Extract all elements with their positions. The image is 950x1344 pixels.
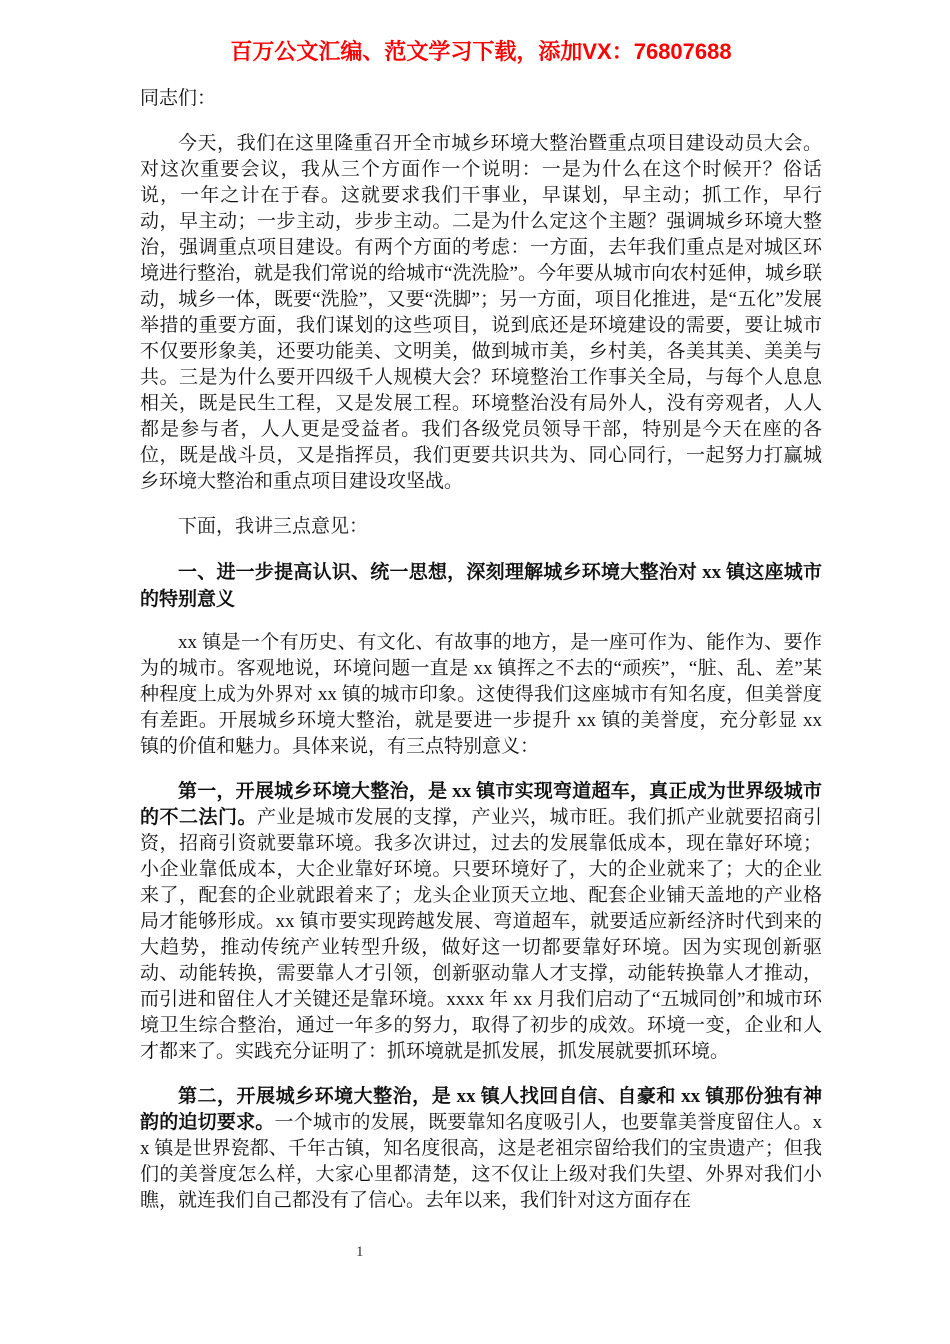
promo-header-text: 百万公文汇编、范文学习下载，添加VX：76807688 bbox=[140, 38, 822, 66]
document-page: 百万公文汇编、范文学习下载，添加VX：76807688 同志们： 今天，我们在这… bbox=[0, 0, 950, 1344]
point-2-paragraph: 第二，开展城乡环境大整治，是 xx 镇人找回自信、自豪和 xx 镇那份独有神韵的… bbox=[140, 1084, 822, 1214]
section-1-heading: 一、进一步提高认识、统一思想，深刻理解城乡环境大整治对 xx 镇这座城市的特别意… bbox=[140, 559, 822, 613]
transition-line: 下面，我讲三点意见： bbox=[140, 514, 822, 540]
section-1-intro-paragraph: xx 镇是一个有历史、有文化、有故事的地方，是一座可作为、能作为、要作为的城市。… bbox=[140, 630, 822, 760]
intro-paragraph: 今天，我们在这里隆重召开全市城乡环境大整治暨重点项目建设动员大会。对这次重要会议… bbox=[140, 131, 822, 495]
salutation: 同志们： bbox=[140, 86, 822, 112]
point-1-body: 产业是城市发展的支撑，产业兴，城市旺。我们抓产业就要招商引资，招商引资就要靠环境… bbox=[140, 807, 822, 1062]
page-number: 1 bbox=[356, 1243, 364, 1261]
point-1-paragraph: 第一，开展城乡环境大整治，是 xx 镇市实现弯道超车，真正成为世界级城市的不二法… bbox=[140, 779, 822, 1065]
